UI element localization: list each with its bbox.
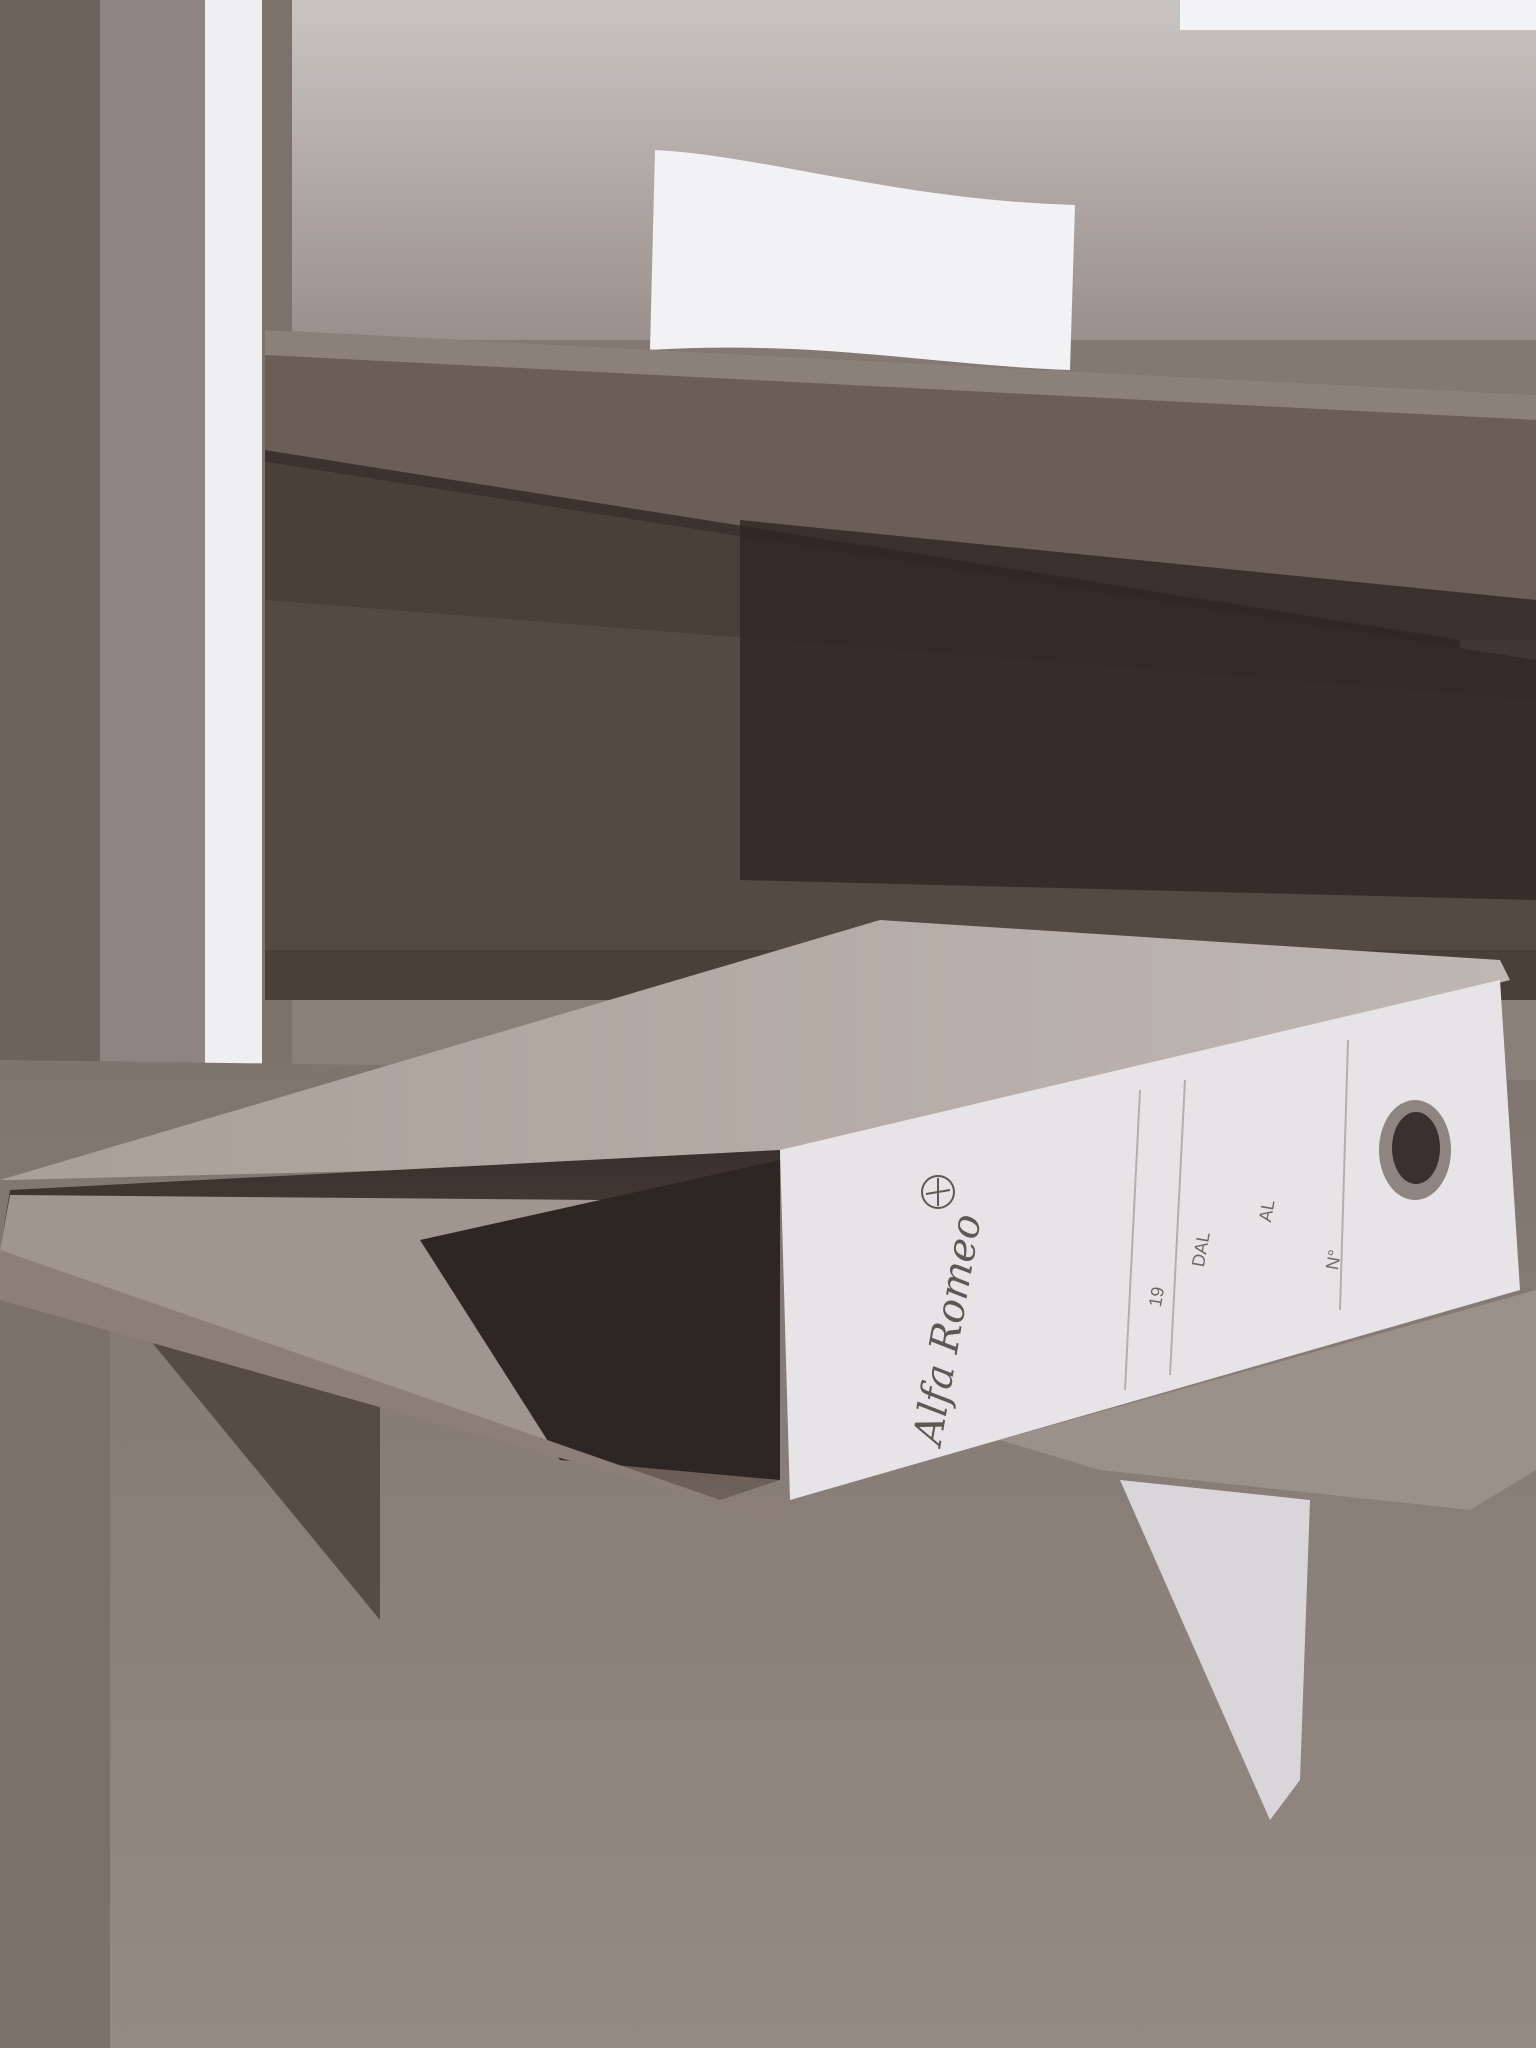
- binder-label-to: AL: [1255, 1198, 1280, 1223]
- binder-label-year: 19: [1145, 1285, 1169, 1308]
- photo-scene: [0, 0, 1536, 2048]
- binder-label-number: N°: [1322, 1248, 1346, 1272]
- photo: Alfa Romeo 19 DAL AL N°: [0, 0, 1536, 2048]
